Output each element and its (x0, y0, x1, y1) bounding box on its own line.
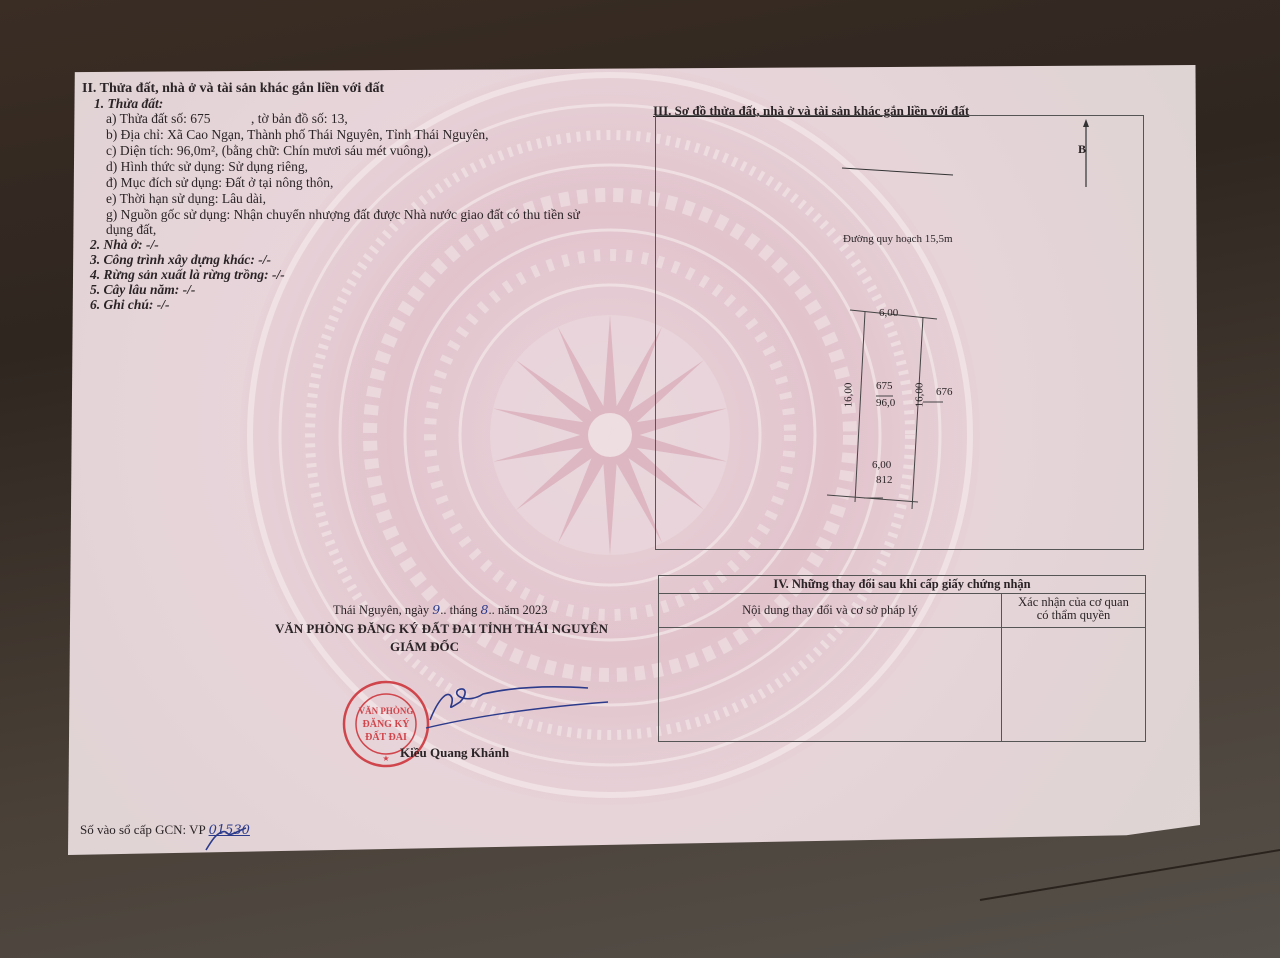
director-signature (408, 680, 648, 740)
usage-form: d) Hình thức sử dụng: Sử dụng riêng, (106, 159, 308, 175)
other-construction: 3. Công trình xây dựng khác: -/- (90, 252, 271, 268)
issue-date: Thái Nguyên, ngày 9.. tháng 8.. năm 2023 (333, 602, 548, 618)
road-label: Đường quy hoạch 15,5m (843, 231, 953, 247)
production-forest: 4. Rừng sản xuất là rừng trồng: -/- (90, 267, 285, 283)
section4-title: IV. Những thay đổi sau khi cấp giấy chứn… (659, 576, 1145, 594)
usage-origin-cont: dụng đất, (106, 222, 156, 238)
date-prefix: Thái Nguyên, ngày (333, 603, 429, 617)
address: b) Địa chỉ: Xã Cao Ngạn, Thành phố Thái … (106, 127, 489, 143)
issuing-office: VĂN PHÒNG ĐĂNG KÝ ĐẤT ĐAI TỈNH THÁI NGUY… (275, 621, 608, 637)
notes: 6. Ghi chú: -/- (90, 297, 170, 313)
changes-table: IV. Những thay đổi sau khi cấp giấy chứn… (658, 575, 1146, 742)
confirmation-line2: có thẩm quyền (1002, 609, 1145, 622)
changes-col-content: Nội dung thay đổi và cơ sở pháp lý (659, 594, 1001, 627)
issue-year: năm 2023 (498, 603, 548, 617)
top-edge-length: 6,00 (879, 305, 898, 321)
map-sheet-number: , tờ bản đồ số: 13, (251, 111, 348, 127)
diagram-parcel-area: 96,0 (876, 395, 895, 411)
svg-text:★: ★ (382, 754, 389, 763)
perennial-trees: 5. Cây lâu năm: -/- (90, 282, 195, 298)
month-label: tháng (450, 603, 478, 617)
registry-initials (198, 820, 278, 860)
issue-month: 8 (481, 602, 489, 617)
land-certificate-page: II. Thửa đất, nhà ở và tài sản khác gắn … (68, 65, 1200, 855)
seal-line1: VĂN PHÒNG (359, 706, 414, 716)
seal-line3: ĐẤT ĐAI (365, 730, 407, 743)
parcel-diagram (655, 115, 1144, 550)
usage-purpose: đ) Mục đích sử dụng: Đất ở tại nông thôn… (106, 175, 333, 191)
issue-day: 9 (432, 602, 440, 617)
neighbor-parcel-right: 676 (936, 384, 953, 400)
parcel-subtitle: 1. Thửa đất: (94, 96, 163, 112)
left-edge-length: 16,00 (840, 383, 856, 408)
north-label: B (1078, 141, 1086, 157)
diagram-parcel-number: 675 (876, 378, 893, 394)
usage-origin: g) Nguồn gốc sử dụng: Nhận chuyển nhượng… (106, 207, 580, 223)
section2-title: II. Thửa đất, nhà ở và tài sản khác gắn … (82, 81, 384, 97)
right-edge-length: 16,00 (911, 383, 927, 408)
neighbor-parcel-bottom: 812 (876, 472, 893, 488)
registry-label: Số vào sổ cấp GCN: VP (80, 822, 205, 837)
area: c) Diện tích: 96,0m², (bằng chữ: Chín mư… (106, 143, 431, 159)
seal-line2: ĐĂNG KÝ (363, 718, 411, 730)
bottom-edge-length: 6,00 (872, 457, 891, 473)
parcel-number: a) Thửa đất số: 675 (106, 111, 211, 127)
usage-term: e) Thời hạn sử dụng: Lâu dài, (106, 191, 266, 207)
signer-name: Kiều Quang Khánh (400, 745, 509, 761)
changes-col-confirmation: Xác nhận của cơ quan có thẩm quyền (1002, 596, 1145, 622)
director-title: GIÁM ĐỐC (390, 639, 459, 655)
house: 2. Nhà ở: -/- (90, 237, 159, 253)
